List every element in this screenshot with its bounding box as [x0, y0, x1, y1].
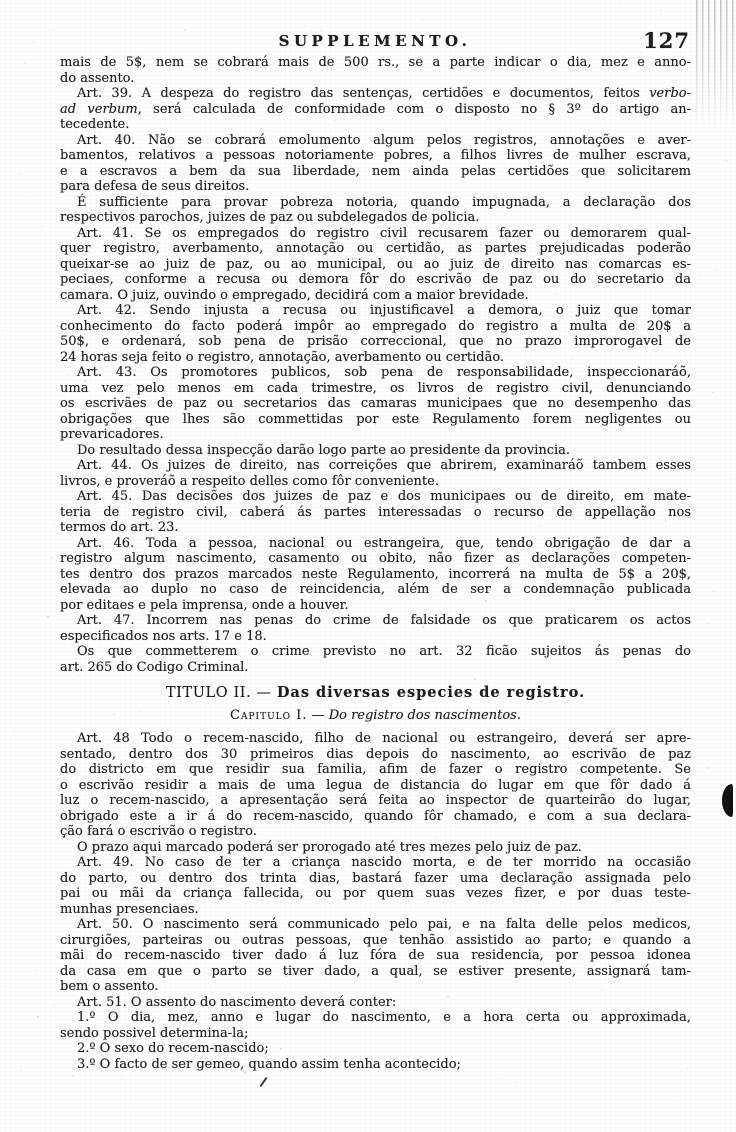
text-line: 1.º O dia, mez, anno e lugar do nascimen… [60, 1010, 691, 1026]
text-segment: munhas presenciaes. [60, 902, 199, 917]
text-segment: mãi do recem-nascido tiver dado á luz fó… [60, 948, 691, 963]
text-segment: ção fará o escrivão o registro. [60, 824, 257, 839]
text-line: do parto, ou dentro dos trinta dias, bas… [60, 871, 691, 887]
text-segment: Art. 39. A despeza do registro das sente… [77, 86, 649, 101]
text-line: 2.º O sexo do recem-nascido; [60, 1041, 691, 1057]
text-segment: Art. 41. Se os empregados do registro ci… [77, 226, 691, 241]
scan-streaks-artifact [696, 0, 736, 130]
text-segment: Do resultado dessa inspecção darão logo … [77, 443, 570, 458]
paragraph: Art. 43. Os promotores publicos, sob pen… [60, 365, 691, 443]
text-line: teria de registro civil, caberá ás parte… [60, 505, 691, 521]
text-segment: pai ou mãi da criança fallecida, ou por … [60, 886, 691, 901]
text-segment: — [307, 708, 328, 723]
text-segment: 2.º O sexo do recem-nascido; [77, 1041, 269, 1056]
text-line: Art. 47. Incorrem nas penas do crime de … [60, 613, 691, 629]
paragraph: Art. 42. Sendo injusta a recusa ou injus… [60, 303, 691, 365]
text-line: obrigado este a ir á do recem-nascido, q… [60, 809, 691, 825]
text-segment: É sufficiente para provar pobreza notori… [77, 195, 691, 210]
text-segment: conhecimento do facto poderá impôr ao em… [60, 319, 691, 334]
text-segment: 24 horas seja feito o registro, annotaçã… [60, 350, 504, 365]
text-segment: camara. O juiz, ouvindo o empregado, dec… [60, 288, 529, 303]
text-segment: tes dentro dos prazos marcados neste Reg… [60, 567, 691, 582]
text-line: o escrivão residir a mais de uma legua d… [60, 778, 691, 794]
chapter-heading: Capitulo I. — Do registro dos nascimento… [60, 707, 691, 725]
text-segment: art. 265 do Codigo Criminal. [60, 660, 248, 675]
text-segment: TITULO II. — [166, 685, 277, 701]
text-line: da casa em que o parto se tiver dado, a … [60, 964, 691, 980]
text-line: livros, e proveráõ a respeito delles com… [60, 474, 691, 490]
text-line: tes dentro dos prazos marcados neste Reg… [60, 567, 691, 583]
text-line: 50$, e ordenará, sob pena de prisão corr… [60, 334, 691, 350]
paragraph: 1.º O dia, mez, anno e lugar do nascimen… [60, 1010, 691, 1041]
text-line: obrigações que lhes são commettidas por … [60, 412, 691, 428]
text-line: respectivos parochos, juizes de paz ou s… [60, 210, 691, 226]
text-segment: obrigado este a ir á do recem-nascido, q… [60, 809, 691, 824]
text-line: e a escravos a bem da sua liberdade, nem… [60, 164, 691, 180]
text-segment: 50$, e ordenará, sob pena de prisão corr… [60, 334, 691, 349]
text-line: 24 horas seja feito o registro, annotaçã… [60, 350, 691, 366]
text-segment: verbo- [649, 86, 691, 101]
pen-mark-artifact [260, 1077, 268, 1087]
paragraph: mais de 5$, nem se cobrará mais de 500 r… [60, 55, 691, 86]
text-segment: e a escravos a bem da sua liberdade, nem… [60, 164, 691, 179]
text-line: Do resultado dessa inspecção darão logo … [60, 443, 691, 459]
text-line: mais de 5$, nem se cobrará mais de 500 r… [60, 55, 691, 71]
text-line: ad verbum, será calculada de conformidad… [60, 102, 691, 118]
text-line: O prazo aqui marcado poderá ser prorogad… [60, 840, 691, 856]
text-segment: da casa em que o parto se tiver dado, a … [60, 964, 691, 979]
text-line: bamentos, relativos a pessoas notoriamen… [60, 148, 691, 164]
text-segment: queixar-se ao juiz de paz, ou ao municip… [60, 257, 691, 272]
text-segment: Art. 45. Das decisões dos juizes de paz … [77, 489, 691, 504]
running-title: SUPPLEMENTO. [60, 32, 690, 50]
paragraph: 2.º O sexo do recem-nascido; [60, 1041, 691, 1057]
text-line: Art. 39. A despeza do registro das sente… [60, 86, 691, 102]
text-segment: registro algum nascimento, casamento ou … [60, 551, 691, 566]
text-line: elevada ao duplo no caso de reincidencia… [60, 582, 691, 598]
paragraph: Art. 39. A despeza do registro das sente… [60, 86, 691, 133]
text-line: do assento. [60, 71, 691, 87]
paragraph: Art. 40. Não se cobrará emolumento algum… [60, 133, 691, 195]
text-segment: o escrivão residir a mais de uma legua d… [60, 778, 691, 793]
text-segment: luz o recem-nascido, a apresentação será… [60, 793, 691, 808]
text-segment: prevaricadores. [60, 427, 164, 442]
text-segment: 1.º O dia, mez, anno e lugar do nascimen… [77, 1010, 691, 1025]
text-line: luz o recem-nascido, a apresentação será… [60, 793, 691, 809]
text-segment: bamentos, relativos a pessoas notoriamen… [60, 148, 691, 163]
text-line: do districto em que residir sua familia,… [60, 762, 691, 778]
page-number: 127 [643, 28, 690, 53]
text-segment: mais de 5$, nem se cobrará mais de 500 r… [60, 55, 691, 70]
text-segment: sendo possivel determina-la; [60, 1026, 248, 1041]
text-line: art. 265 do Codigo Criminal. [60, 660, 691, 676]
text-segment: termos do art. 23. [60, 520, 179, 535]
text-line: Os que commetterem o crime previsto no a… [60, 644, 691, 660]
text-line: conhecimento do facto poderá impôr ao em… [60, 319, 691, 335]
text-segment: do assento. [60, 71, 134, 86]
text-segment: respectivos parochos, juizes de paz ou s… [60, 210, 479, 225]
scanned-page: SUPPLEMENTO. 127 mais de 5$, nem se cobr… [0, 0, 736, 1132]
text-line: tecedente. [60, 117, 691, 133]
text-segment: 3.º O facto de ser gemeo, quando assim t… [77, 1057, 461, 1072]
text-segment: tecedente. [60, 117, 129, 132]
text-line: termos do art. 23. [60, 520, 691, 536]
text-segment: Art. 47. Incorrem nas penas do crime de … [77, 613, 691, 628]
text-line: sentado, dentro dos 30 primeiros dias de… [60, 747, 691, 763]
text-line: para defesa de seus direitos. [60, 179, 691, 195]
text-line: os escrivães de paz ou secretarios das c… [60, 396, 691, 412]
text-segment: Do registro dos nascimentos. [329, 708, 521, 723]
ink-blot-artifact [722, 784, 733, 817]
paragraph: Art. 48 Todo o recem-nascido, filho de n… [60, 731, 691, 840]
text-line: Art. 50. O nascimento será communicado p… [60, 917, 691, 933]
title-heading: TITULO II. — Das diversas especies de re… [60, 683, 691, 702]
paragraph: Art. 49. No caso de ter a criança nascid… [60, 855, 691, 917]
text-line: TITULO II. — Das diversas especies de re… [60, 683, 691, 702]
text-segment: ad verbum [60, 102, 138, 117]
text-line: Capitulo I. — Do registro dos nascimento… [60, 707, 691, 725]
text-line: Art. 41. Se os empregados do registro ci… [60, 226, 691, 242]
text-line: Art. 40. Não se cobrará emolumento algum… [60, 133, 691, 149]
text-segment: Art. 48 Todo o recem-nascido, filho de n… [77, 731, 691, 746]
paragraph: Do resultado dessa inspecção darão logo … [60, 443, 691, 459]
text-line: uma vez pelo menos em cada trimestre, os… [60, 381, 691, 397]
page-header: SUPPLEMENTO. 127 [60, 28, 690, 56]
text-line: camara. O juiz, ouvindo o empregado, dec… [60, 288, 691, 304]
text-segment: quer registro, averbamento, annotação ou… [60, 241, 691, 256]
text-segment: , será calculada de conformidade com o d… [138, 102, 691, 117]
text-segment: Art. 43. Os promotores publicos, sob pen… [77, 365, 691, 380]
text-line: registro algum nascimento, casamento ou … [60, 551, 691, 567]
paragraph: Art. 45. Das decisões dos juizes de paz … [60, 489, 691, 536]
text-line: cirurgiões, parteiras ou outras pessoas,… [60, 933, 691, 949]
paragraph: Os que commetterem o crime previsto no a… [60, 644, 691, 675]
text-segment: do districto em que residir sua familia,… [60, 762, 691, 777]
text-segment: O prazo aqui marcado poderá ser prorogad… [77, 840, 582, 855]
text-segment: Capitulo I. [230, 708, 307, 723]
text-segment: elevada ao duplo no caso de reincidencia… [60, 582, 691, 597]
paragraph: Art. 51. O assento do nascimento deverá … [60, 995, 691, 1011]
text-line: queixar-se ao juiz de paz, ou ao municip… [60, 257, 691, 273]
text-segment: especificados nos arts. 17 e 18. [60, 629, 267, 644]
paragraph: 3.º O facto de ser gemeo, quando assim t… [60, 1057, 691, 1073]
text-segment: bem o assento. [60, 979, 159, 994]
text-segment: obrigações que lhes são commettidas por … [60, 412, 691, 427]
text-segment: livros, e proveráõ a respeito delles com… [60, 474, 439, 489]
text-segment: Art. 44. Os juizes de direito, nas corre… [77, 458, 691, 473]
paragraph: O prazo aqui marcado poderá ser prorogad… [60, 840, 691, 856]
text-line: mãi do recem-nascido tiver dado á luz fó… [60, 948, 691, 964]
text-line: sendo possivel determina-la; [60, 1026, 691, 1042]
text-segment: cirurgiões, parteiras ou outras pessoas,… [60, 933, 691, 948]
text-line: por editaes e pela imprensa, onde a houv… [60, 598, 691, 614]
text-segment: para defesa de seus direitos. [60, 179, 249, 194]
text-line: especificados nos arts. 17 e 18. [60, 629, 691, 645]
document-content: mais de 5$, nem se cobrará mais de 500 r… [60, 55, 691, 1072]
text-line: Art. 51. O assento do nascimento deverá … [60, 995, 691, 1011]
paragraph: Art. 47. Incorrem nas penas do crime de … [60, 613, 691, 644]
paragraph: É sufficiente para provar pobreza notori… [60, 195, 691, 226]
text-segment: sentado, dentro dos 30 primeiros dias de… [60, 747, 691, 762]
text-segment: Art. 49. No caso de ter a criança nascid… [77, 855, 691, 870]
text-segment: Art. 40. Não se cobrará emolumento algum… [77, 133, 691, 148]
paragraph: Art. 46. Toda a pessoa, nacional ou estr… [60, 536, 691, 614]
text-line: É sufficiente para provar pobreza notori… [60, 195, 691, 211]
text-line: prevaricadores. [60, 427, 691, 443]
text-segment: Das diversas especies de registro. [277, 684, 585, 701]
text-segment: uma vez pelo menos em cada trimestre, os… [60, 381, 691, 396]
text-line: Art. 44. Os juizes de direito, nas corre… [60, 458, 691, 474]
text-segment: Os que commetterem o crime previsto no a… [77, 644, 691, 659]
text-segment: por editaes e pela imprensa, onde a houv… [60, 598, 349, 613]
text-line: quer registro, averbamento, annotação ou… [60, 241, 691, 257]
text-segment: do parto, ou dentro dos trinta dias, bas… [60, 871, 691, 886]
text-line: Art. 45. Das decisões dos juizes de paz … [60, 489, 691, 505]
text-segment: Art. 42. Sendo injusta a recusa ou injus… [77, 303, 691, 318]
paragraph: Art. 41. Se os empregados do registro ci… [60, 226, 691, 304]
text-line: Art. 42. Sendo injusta a recusa ou injus… [60, 303, 691, 319]
text-line: Art. 43. Os promotores publicos, sob pen… [60, 365, 691, 381]
text-segment: Art. 50. O nascimento será communicado p… [77, 917, 691, 932]
text-line: Art. 46. Toda a pessoa, nacional ou estr… [60, 536, 691, 552]
text-line: bem o assento. [60, 979, 691, 995]
text-line: pai ou mãi da criança fallecida, ou por … [60, 886, 691, 902]
text-line: munhas presenciaes. [60, 902, 691, 918]
text-segment: teria de registro civil, caberá ás parte… [60, 505, 691, 520]
text-segment: os escrivães de paz ou secretarios das c… [60, 396, 691, 411]
text-line: Art. 48 Todo o recem-nascido, filho de n… [60, 731, 691, 747]
text-line: Art. 49. No caso de ter a criança nascid… [60, 855, 691, 871]
text-segment: Art. 46. Toda a pessoa, nacional ou estr… [77, 536, 691, 551]
text-segment: peciaes, conforme a recusa ou demora fôr… [60, 272, 691, 287]
text-segment: Art. 51. O assento do nascimento deverá … [77, 995, 396, 1010]
paragraph: Art. 50. O nascimento será communicado p… [60, 917, 691, 995]
paragraph: Art. 44. Os juizes de direito, nas corre… [60, 458, 691, 489]
text-line: 3.º O facto de ser gemeo, quando assim t… [60, 1057, 691, 1073]
text-line: peciaes, conforme a recusa ou demora fôr… [60, 272, 691, 288]
text-line: ção fará o escrivão o registro. [60, 824, 691, 840]
